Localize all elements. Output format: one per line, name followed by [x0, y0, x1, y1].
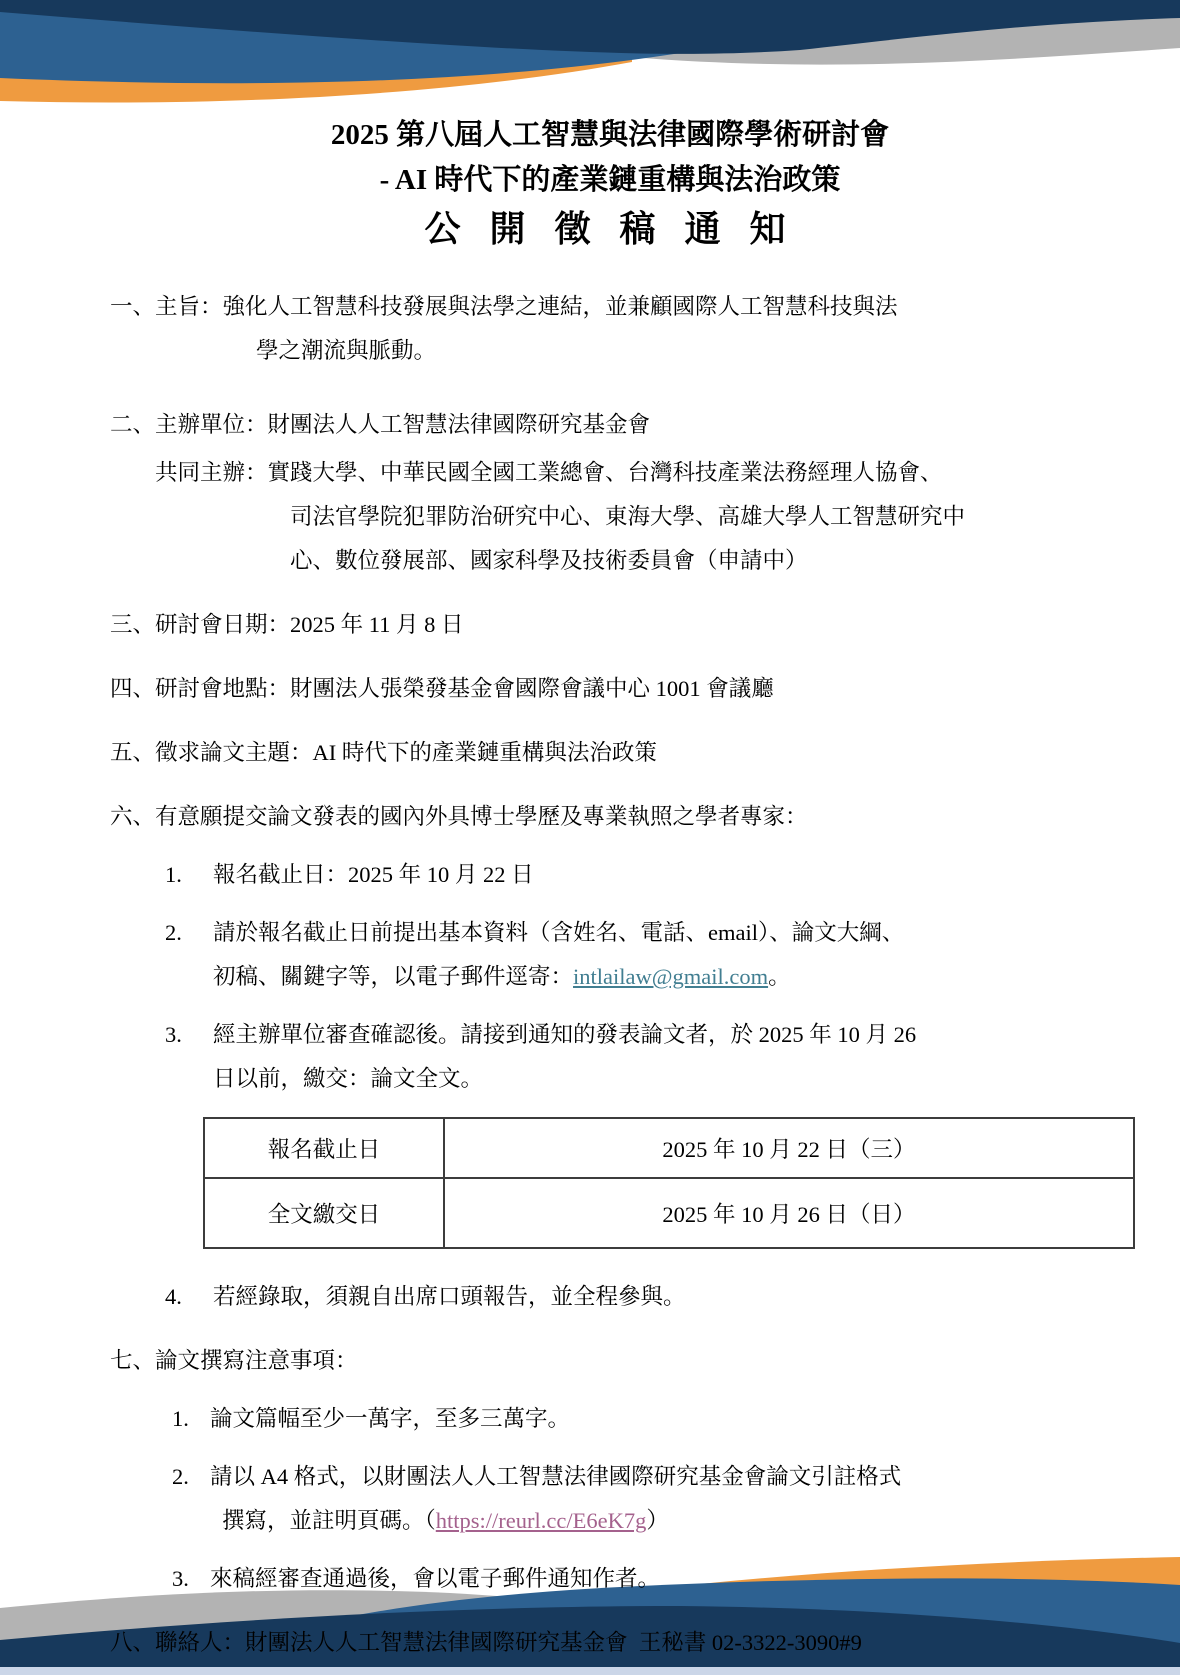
list-item-review-notice: 3.來稿經審查通過後，會以電子郵件通知作者。 [172, 1557, 1110, 1601]
section-venue: 四、研討會地點：財團法人張榮發基金會國際會議中心 1001 會議廳 [110, 667, 1110, 711]
list-item-text: 若經錄取，須親自出席口頭報告，並全程參與。 [213, 1284, 686, 1309]
list-item-number: 3. [172, 1557, 210, 1601]
list-item-number: 4. [165, 1275, 213, 1319]
list-item-text-after-link: ） [646, 1508, 669, 1533]
section-eligibility: 六、有意願提交論文發表的國內外具博士學歷及專業執照之學者專家： [110, 795, 1110, 839]
deadline-table: 報名截止日 2025 年 10 月 22 日（三） 全文繳交日 2025 年 1… [203, 1117, 1135, 1249]
list-item-format: 2.請以 A4 格式，以財團法人人工智慧法律國際研究基金會論文引註格式 撰寫，並… [172, 1455, 1110, 1543]
conference-title-line1: 2025 第八屆人工智慧與法律國際學術研討會 [110, 113, 1110, 158]
list-item-text: 來稿經審查通過後，會以電子郵件通知作者。 [210, 1566, 660, 1591]
conference-title-line2: - AI 時代下的產業鏈重構與法治政策 [110, 158, 1110, 203]
table-row: 報名截止日 2025 年 10 月 22 日（三） [204, 1118, 1134, 1178]
table-cell-value: 2025 年 10 月 26 日（日） [444, 1178, 1134, 1248]
list-item-text-after-link: 。 [768, 964, 791, 989]
section-contact: 八、聯絡人：財團法人人工智慧法律國際研究基金會 王秘書 02-3322-3090… [110, 1621, 1110, 1665]
list-item-number: 1. [172, 1397, 210, 1441]
list-item-text: 論文篇幅至少一萬字，至多三萬字。 [210, 1406, 570, 1431]
section-co-organizers: 共同主辦：實踐大學、中華民國全國工業總會、台灣科技產業法務經理人協會、 司法官學… [155, 451, 1110, 583]
list-item-registration-deadline: 1.報名截止日：2025 年 10 月 22 日 [165, 853, 1110, 897]
list-item-submission-info: 2.請於報名截止日前提出基本資料（含姓名、電話、email）、論文大綱、 初稿、… [165, 911, 1110, 999]
list-item-attendance: 4.若經錄取，須親自出席口頭報告，並全程參與。 [165, 1275, 1110, 1319]
bottom-edge-strip [0, 1667, 1180, 1675]
section-topic: 五、徵求論文主題：AI 時代下的產業鏈重構與法治政策 [110, 731, 1110, 775]
section-purpose: 一、主旨：強化人工智慧科技發展與法學之連結，並兼顧國際人工智慧科技與法 學之潮流… [110, 285, 1110, 373]
list-item-number: 2. [165, 911, 213, 955]
email-link[interactable]: intlailaw@gmail.com [573, 964, 768, 989]
section-organizer: 二、主辦單位：財團法人人工智慧法律國際研究基金會 [110, 403, 1110, 447]
citation-format-link[interactable]: https://reurl.cc/E6eK7g [436, 1508, 647, 1533]
list-item-text: 經主辦單位審查確認後。請接到通知的發表論文者，於 2025 年 10 月 26 … [213, 1022, 916, 1091]
list-item-fulltext-deadline: 3.經主辦單位審查確認後。請接到通知的發表論文者，於 2025 年 10 月 2… [165, 1013, 1110, 1101]
list-item-text: 報名截止日：2025 年 10 月 22 日 [213, 862, 534, 887]
list-item-word-count: 1.論文篇幅至少一萬字，至多三萬字。 [172, 1397, 1110, 1441]
page-title: 公 開 徵 稿 通 知 [110, 203, 1110, 255]
document-page: 2025 第八屆人工智慧與法律國際學術研討會 - AI 時代下的產業鏈重構與法治… [0, 0, 1180, 1675]
table-cell-label: 全文繳交日 [204, 1178, 444, 1248]
list-item-number: 1. [165, 853, 213, 897]
section-date: 三、研討會日期：2025 年 11 月 8 日 [110, 603, 1110, 647]
table-cell-value: 2025 年 10 月 22 日（三） [444, 1118, 1134, 1178]
list-item-text: 請於報名截止日前提出基本資料（含姓名、電話、email）、論文大綱、 初稿、關鍵… [213, 920, 904, 989]
list-item-number: 2. [172, 1455, 210, 1499]
list-item-number: 3. [165, 1013, 213, 1057]
section-writing-notes: 七、論文撰寫注意事項： [110, 1339, 1110, 1383]
table-row: 全文繳交日 2025 年 10 月 26 日（日） [204, 1178, 1134, 1248]
document-content: 2025 第八屆人工智慧與法律國際學術研討會 - AI 時代下的產業鏈重構與法治… [0, 0, 1180, 1665]
table-cell-label: 報名截止日 [204, 1118, 444, 1178]
